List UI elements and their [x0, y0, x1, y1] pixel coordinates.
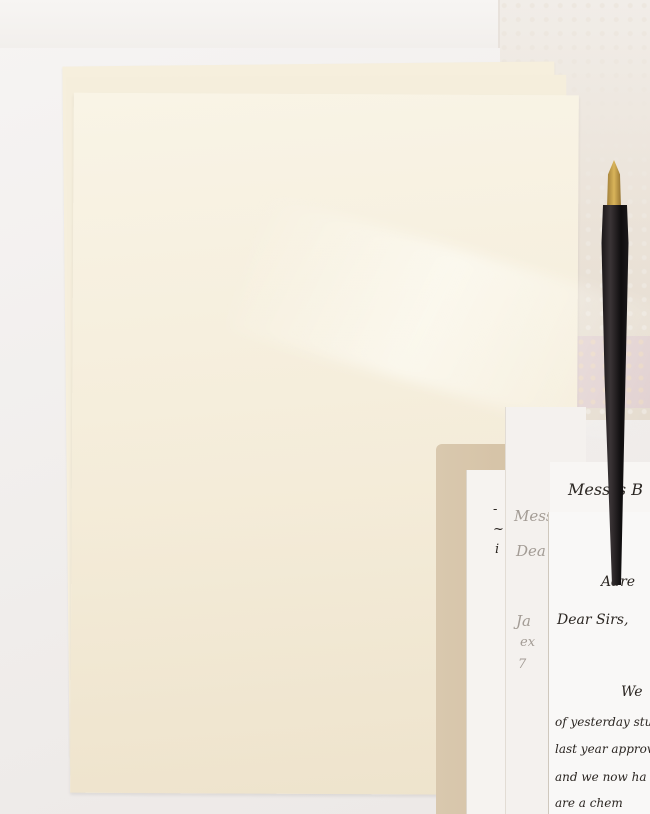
margin-mark: ~: [493, 522, 504, 537]
faint-line: Dea: [516, 542, 546, 560]
letter-header: Messrs B: [568, 480, 643, 499]
letter-body-line: are a chem: [555, 796, 623, 810]
top-paper-sheet: [0, 0, 500, 48]
letter-body-line: last year approva: [555, 742, 650, 756]
margin-mark: i: [495, 542, 499, 557]
faint-line: ex: [520, 635, 535, 650]
margin-mark: -: [493, 502, 497, 517]
letter-body-line: We: [621, 684, 643, 700]
old-letter-d: Adre Dear Sirs, We of yesterday stu last…: [548, 512, 650, 814]
faint-line: 7: [518, 657, 526, 672]
faint-line: Ja: [516, 612, 531, 630]
letter-body-line: and we now ha: [555, 770, 647, 784]
letter-salutation: Dear Sirs,: [557, 612, 628, 628]
letter-body-line: of yesterday stu: [555, 715, 650, 729]
photo-scene: - ~ i Mess Dea Ja ex 7 Messrs B Adre Dea…: [0, 0, 650, 814]
